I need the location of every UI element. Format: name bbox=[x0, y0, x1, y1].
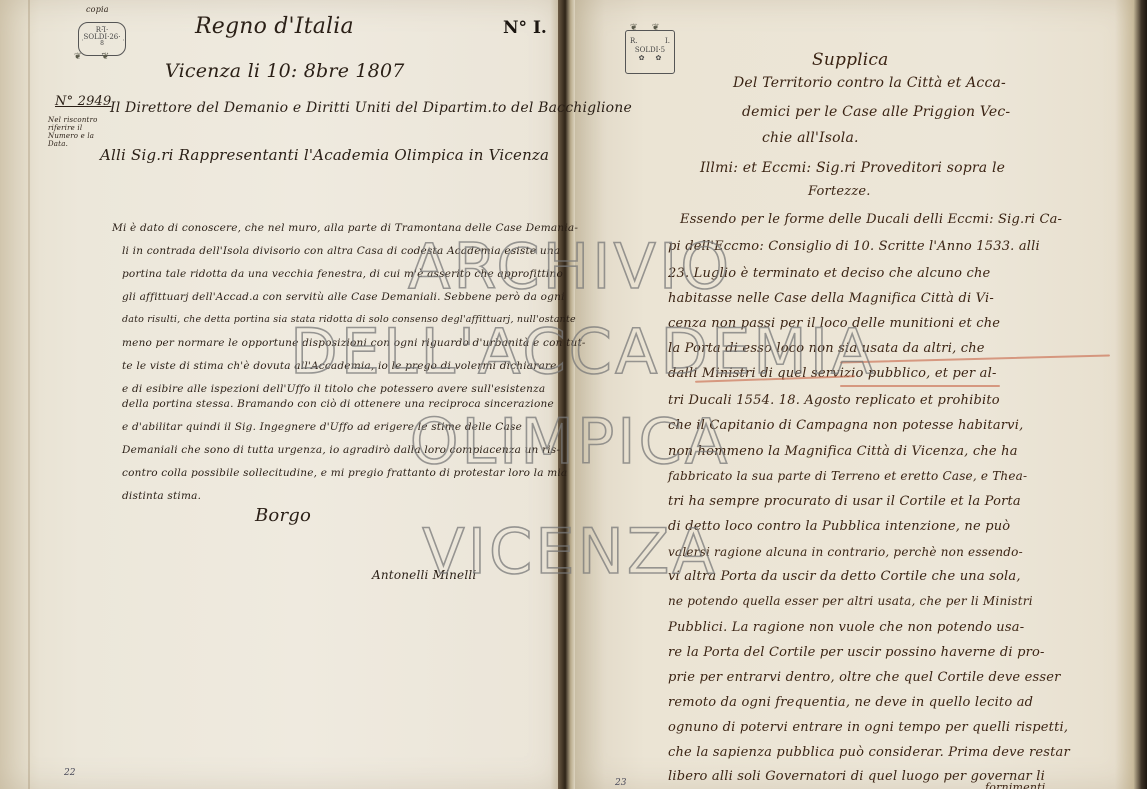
margin-note: Nel riscontro riferire il Numero e la Da… bbox=[48, 116, 106, 148]
heading: Regno d'Italia bbox=[195, 14, 354, 39]
body-line: e d'abilitar quindi il Sig. Ingegnere d'… bbox=[122, 421, 522, 433]
body-line: di detto loco contro la Pubblica intenzi… bbox=[668, 519, 1010, 534]
stamp-line: 8 bbox=[79, 40, 125, 47]
body-line: Essendo per le forme delle Ducali delli … bbox=[680, 212, 1062, 227]
body-line: la Porta di esso loco non sia usata da a… bbox=[668, 341, 985, 356]
body-line: remoto da ogni frequentia, ne deve in qu… bbox=[668, 695, 1033, 710]
body-line: dalli Ministri di quel servizio pubblico… bbox=[668, 366, 997, 381]
laurel-wreath-icon: ❦ ❦ bbox=[630, 23, 659, 33]
body-line: valersi ragione alcuna in contrario, per… bbox=[668, 545, 1023, 559]
body-line: meno per normare le opportune disposizio… bbox=[122, 337, 586, 349]
sender-line: Il Direttore del Demanio e Diritti Uniti… bbox=[110, 100, 632, 116]
subtitle-line: demici per le Case alle Priggion Vec- bbox=[742, 104, 1010, 120]
date-line: Vicenza li 10: 8bre 1807 bbox=[165, 60, 405, 82]
stamp-letter: R. bbox=[630, 37, 638, 45]
revenue-stamp-right: R. I. SOLDI·5 ✿ ✿ bbox=[625, 30, 675, 74]
body-line: portina tale ridotta da una vecchia fene… bbox=[122, 268, 563, 280]
signature-borgo: Borgo bbox=[255, 505, 311, 526]
salutation-line: Illmi: et Eccmi: Sig.ri Proveditori sopr… bbox=[700, 160, 1005, 176]
body-line: che il Capitanio di Campagna non potesse… bbox=[668, 418, 1023, 433]
subtitle-line: Del Territorio contro la Città et Acca- bbox=[733, 75, 1006, 91]
stamp-flower-icon: ✿ ✿ bbox=[626, 54, 674, 62]
body-line: te le viste di stima ch'è dovuta all'Acc… bbox=[122, 360, 557, 372]
petition-title: Supplica bbox=[812, 50, 889, 70]
laurel-wreath-icon: ❦ ❦ bbox=[74, 52, 109, 62]
body-line: pi dell'Eccmo: Consiglio di 10. Scritte … bbox=[668, 239, 1040, 254]
body-line: ognuno di potervi entrare in ogni tempo … bbox=[668, 720, 1068, 735]
stamp-line: SOLDI·5 bbox=[626, 46, 674, 54]
body-line: Demaniali che sono di tutta urgenza, io … bbox=[122, 444, 560, 456]
body-line: vi altra Porta da uscir da detto Cortile… bbox=[668, 569, 1021, 584]
body-line: fabbricato la sua parte di Terreno et er… bbox=[668, 469, 1027, 483]
signature-secondary: Antonelli Minelli bbox=[372, 568, 476, 582]
document-number: N° I. bbox=[503, 18, 547, 38]
body-line: tri Ducali 1554. 18. Agosto replicato et… bbox=[668, 393, 1000, 408]
recipient-line: Alli Sig.ri Rappresentanti l'Academia Ol… bbox=[100, 146, 549, 164]
subtitle-line: chie all'Isola. bbox=[762, 130, 859, 146]
stamp-annotation: copia bbox=[86, 6, 109, 14]
body-line: tri ha sempre procurato di usar il Corti… bbox=[668, 494, 1021, 509]
protocol-number: N° 2949 bbox=[55, 94, 112, 109]
book-gutter bbox=[558, 0, 576, 789]
red-underline bbox=[840, 385, 1000, 387]
body-line: cenza non passi per il loco delle muniti… bbox=[668, 316, 1000, 331]
body-line: contro colla possibile sollecitudine, e … bbox=[122, 467, 567, 479]
body-line: e di esibire alle ispezioni dell'Uffo il… bbox=[122, 383, 545, 395]
body-line: non hommeno la Magnifica Città di Vicenz… bbox=[668, 444, 1018, 459]
body-line: habitasse nelle Case della Magnifica Cit… bbox=[668, 291, 994, 306]
body-line: della portina stessa. Bramando con ciò d… bbox=[122, 398, 554, 410]
body-line: li in contrada dell'Isola divisorio con … bbox=[122, 245, 560, 257]
body-line: gli affittuarj dell'Accad.a con servitù … bbox=[122, 291, 565, 303]
body-line: Pubblici. La ragione non vuole che non p… bbox=[668, 620, 1024, 635]
body-line: distinta stima. bbox=[122, 490, 201, 502]
page-fold-crease bbox=[28, 0, 30, 789]
body-line: dato risulti, che detta portina sia stat… bbox=[122, 314, 576, 325]
stamp-line: R. I. bbox=[626, 31, 674, 45]
revenue-stamp-left: R·I· SOLDI·26· 8 bbox=[78, 22, 126, 56]
catchword: fornimenti bbox=[985, 781, 1046, 789]
body-line: re la Porta del Cortile per uscir possin… bbox=[668, 645, 1045, 660]
salutation-line: Fortezze. bbox=[808, 184, 871, 199]
right-page-edge bbox=[1133, 0, 1147, 789]
body-line: che la sapienza pubblica può considerar.… bbox=[668, 745, 1070, 760]
body-line: 23. Luglio è terminato et deciso che alc… bbox=[668, 266, 990, 281]
body-line: prie per entrarvi dentro, oltre che quel… bbox=[668, 670, 1061, 685]
folio-number-right: 23 bbox=[615, 778, 626, 788]
body-line: Mi è dato di conoscere, che nel muro, al… bbox=[112, 222, 578, 234]
stamp-letter: I. bbox=[665, 37, 670, 45]
folio-number-left: 22 bbox=[64, 768, 75, 778]
body-line: ne potendo quella esser per altri usata,… bbox=[668, 594, 1033, 608]
